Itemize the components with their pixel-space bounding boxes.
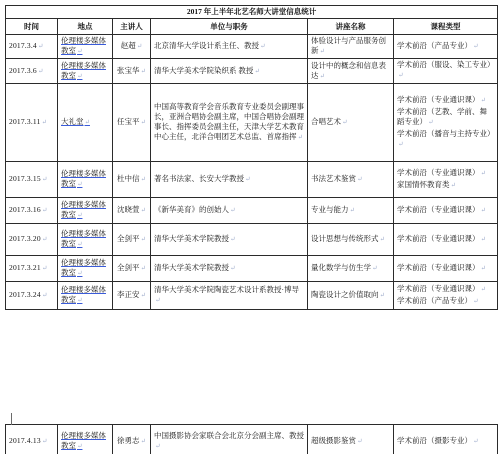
cell-time: 2017.3.21 bbox=[6, 256, 58, 282]
lecture-stats-table: 2017 年上半年北艺名师大讲堂信息统计 时间地点主讲人单位与职务讲座名称课程类… bbox=[5, 5, 498, 310]
cell-lecture: 超级摄影鉴赏 bbox=[308, 425, 394, 454]
cell-time: 2017.3.15 bbox=[6, 162, 58, 198]
table-row: 2017.3.20伦理楼多媒体教室全剑平清华大学美术学院教授设计思想与传统形式学… bbox=[6, 224, 498, 256]
lecture-stats-table-continued: 2017.4.13伦理楼多媒体教室徐勇志中国摄影协会家联合会北京分会副主席、教授… bbox=[5, 424, 498, 454]
document-page: 2017 年上半年北艺名师大讲堂信息统计 时间地点主讲人单位与职务讲座名称课程类… bbox=[0, 0, 500, 454]
cell-place: 伦理楼多媒体教室 bbox=[58, 224, 113, 256]
cell-speaker: 杜中信 bbox=[113, 162, 151, 198]
cell-lecture: 专业与能力 bbox=[308, 198, 394, 224]
cell-place: 伦理楼多媒体教室 bbox=[58, 35, 113, 59]
cell-place: 伦理楼多媒体教室 bbox=[58, 162, 113, 198]
cell-lecture-text: 超级摄影鉴赏 bbox=[311, 436, 390, 447]
cell-place-text: 伦理楼多媒体教室 bbox=[61, 285, 109, 306]
cell-course-type: 学术前沿（服设、染工专业） bbox=[394, 59, 498, 84]
cell-speaker: 任宝平 bbox=[113, 84, 151, 162]
table-row: 2017.3.6伦理楼多媒体教室张宝华清华大学美术学院染织系 教授设计中的概念和… bbox=[6, 59, 498, 84]
cell-lecture-text: 量化数学与仿生学 bbox=[311, 263, 390, 274]
cell-speaker-text: 任宝平 bbox=[116, 117, 147, 128]
table-row: 2017.3.4伦理楼多媒体教室赵超北京清华大学设计系主任、教授体验设计与产品服… bbox=[6, 35, 498, 59]
cell-speaker-text: 杜中信 bbox=[116, 174, 147, 185]
table-row: 2017.3.16伦理楼多媒体教室沈晓萱《新华美育》的创始人专业与能力学术前沿（… bbox=[6, 198, 498, 224]
cell-unit: 清华大学美术学院教授 bbox=[151, 256, 308, 282]
cell-speaker: 全剑平 bbox=[113, 256, 151, 282]
cell-speaker-text: 赵超 bbox=[116, 41, 147, 52]
cell-speaker-text: 沈晓萱 bbox=[116, 205, 147, 216]
cell-time-text: 2017.3.21 bbox=[9, 263, 54, 274]
cell-speaker: 全剑平 bbox=[113, 224, 151, 256]
cell-speaker-text: 张宝华 bbox=[116, 66, 147, 77]
cell-speaker-text: 全剑平 bbox=[116, 263, 147, 274]
cell-place: 伦理楼多媒体教室 bbox=[58, 59, 113, 84]
cell-unit: 中国高等教育学会音乐教育专业委员会副理事长，亚洲合唱协会副主席，中国合唱协会副理… bbox=[151, 84, 308, 162]
cell-time: 2017.3.6 bbox=[6, 59, 58, 84]
course-type-line: 学术前沿（专业通识课） bbox=[397, 234, 494, 245]
cell-place: 伦理楼多媒体教室 bbox=[58, 198, 113, 224]
cell-time-text: 2017.3.11 bbox=[9, 117, 54, 128]
cell-place-text: 伦理楼多媒体教室 bbox=[61, 200, 109, 221]
cell-unit-text: 《新华美育》的创始人 bbox=[154, 205, 304, 216]
header-cell-lecture: 讲座名称 bbox=[308, 19, 394, 35]
cell-course-type: 学术前沿（摄影专业） bbox=[394, 425, 498, 454]
cell-place-text: 大礼堂 bbox=[61, 117, 109, 128]
cell-unit: 《新华美育》的创始人 bbox=[151, 198, 308, 224]
table-row: 2017.3.11大礼堂任宝平中国高等教育学会音乐教育专业委员会副理事长，亚洲合… bbox=[6, 84, 498, 162]
cell-unit-text: 清华大学美术学院陶瓷艺术设计系教授·博导 bbox=[154, 285, 304, 306]
cell-speaker: 张宝华 bbox=[113, 59, 151, 84]
cell-place-text: 伦理楼多媒体教室 bbox=[61, 258, 109, 279]
cell-lecture-text: 体验设计与产品服务创新 bbox=[311, 36, 390, 57]
cell-place: 伦理楼多媒体教室 bbox=[58, 256, 113, 282]
header-cell-type: 课程类型 bbox=[394, 19, 498, 35]
cell-course-type: 学术前沿（专业通识课） bbox=[394, 256, 498, 282]
cell-time: 2017.3.24 bbox=[6, 282, 58, 310]
page-title: 2017 年上半年北艺名师大讲堂信息统计 bbox=[6, 6, 498, 19]
cell-unit-text: 中国高等教育学会音乐教育专业委员会副理事长，亚洲合唱协会副主席，中国合唱协会副理… bbox=[154, 102, 304, 143]
cell-unit: 清华大学美术学院陶瓷艺术设计系教授·博导 bbox=[151, 282, 308, 310]
header-cell-speaker: 主讲人 bbox=[113, 19, 151, 35]
cell-unit-text: 著名书法家、长安大学教授 bbox=[154, 174, 304, 185]
cell-unit: 清华大学美术学院教授 bbox=[151, 224, 308, 256]
cell-place-text: 伦理楼多媒体教室 bbox=[61, 431, 109, 452]
cell-place-text: 伦理楼多媒体教室 bbox=[61, 229, 109, 250]
cell-course-type: 学术前沿（产品专业） bbox=[394, 35, 498, 59]
cell-lecture-text: 书法艺术鉴赏 bbox=[311, 174, 390, 185]
title-row: 2017 年上半年北艺名师大讲堂信息统计 bbox=[6, 6, 498, 19]
cell-time: 2017.3.16 bbox=[6, 198, 58, 224]
cell-course-type: 学术前沿（专业通识课）学术前沿（产品专业） bbox=[394, 282, 498, 310]
cell-speaker-text: 李正安 bbox=[116, 290, 147, 301]
cell-speaker-text: 徐勇志 bbox=[116, 436, 147, 447]
cell-lecture: 体验设计与产品服务创新 bbox=[308, 35, 394, 59]
course-type-line: 学术前沿（专业通识课） bbox=[397, 205, 494, 216]
header-cell-time: 时间 bbox=[6, 19, 58, 35]
cell-place-text: 伦理楼多媒体教室 bbox=[61, 169, 109, 190]
cell-time: 2017.4.13 bbox=[6, 425, 58, 454]
cell-lecture-text: 合唱艺术 bbox=[311, 117, 390, 128]
cell-course-type: 学术前沿（专业通识课）家国情怀教育类 bbox=[394, 162, 498, 198]
cell-unit: 著名书法家、长安大学教授 bbox=[151, 162, 308, 198]
header-cell-unit: 单位与职务 bbox=[151, 19, 308, 35]
cell-time-text: 2017.3.24 bbox=[9, 290, 54, 301]
course-type-line: 学术前沿（专业通识课） bbox=[397, 95, 494, 106]
table-header-row: 时间地点主讲人单位与职务讲座名称课程类型 bbox=[6, 19, 498, 35]
cell-lecture: 量化数学与仿生学 bbox=[308, 256, 394, 282]
cell-place-text: 伦理楼多媒体教室 bbox=[61, 61, 109, 82]
cell-unit: 北京清华大学设计系主任、教授 bbox=[151, 35, 308, 59]
cell-place: 大礼堂 bbox=[58, 84, 113, 162]
cell-speaker: 沈晓萱 bbox=[113, 198, 151, 224]
cell-lecture: 陶瓷设计之价值取向 bbox=[308, 282, 394, 310]
course-type-line: 学术前沿（专业通识课） bbox=[397, 168, 494, 179]
table-row: 2017.4.13伦理楼多媒体教室徐勇志中国摄影协会家联合会北京分会副主席、教授… bbox=[6, 425, 498, 454]
cell-lecture: 设计思想与传统形式 bbox=[308, 224, 394, 256]
cell-place: 伦理楼多媒体教室 bbox=[58, 282, 113, 310]
cell-time-text: 2017.3.15 bbox=[9, 174, 54, 185]
cell-time-text: 2017.3.16 bbox=[9, 205, 54, 216]
cell-speaker: 徐勇志 bbox=[113, 425, 151, 454]
cell-time-text: 2017.3.6 bbox=[9, 66, 54, 77]
course-type-line: 学术前沿（艺教、学前、舞蹈专业） bbox=[397, 107, 494, 128]
table-row: 2017.3.24伦理楼多媒体教室李正安清华大学美术学院陶瓷艺术设计系教授·博导… bbox=[6, 282, 498, 310]
cell-unit-text: 清华大学美术学院染织系 教授 bbox=[154, 66, 304, 77]
cell-course-type: 学术前沿（专业通识课） bbox=[394, 224, 498, 256]
cell-place: 伦理楼多媒体教室 bbox=[58, 425, 113, 454]
cell-time: 2017.3.11 bbox=[6, 84, 58, 162]
course-type-line: 学术前沿（产品专业） bbox=[397, 41, 494, 52]
course-type-line: 学术前沿（产品专业） bbox=[397, 296, 494, 307]
cell-lecture-text: 设计思想与传统形式 bbox=[311, 234, 390, 245]
cell-lecture: 书法艺术鉴赏 bbox=[308, 162, 394, 198]
table-row: 2017.3.15伦理楼多媒体教室杜中信著名书法家、长安大学教授书法艺术鉴赏学术… bbox=[6, 162, 498, 198]
cell-unit-text: 北京清华大学设计系主任、教授 bbox=[154, 41, 304, 52]
cell-time-text: 2017.3.20 bbox=[9, 234, 54, 245]
cell-time-text: 2017.3.4 bbox=[9, 41, 54, 52]
cell-unit-text: 中国摄影协会家联合会北京分会副主席、教授 bbox=[154, 431, 304, 452]
cell-speaker: 赵超 bbox=[113, 35, 151, 59]
course-type-line: 学术前沿（播音与主持专业） bbox=[397, 129, 494, 150]
cell-unit-text: 清华大学美术学院教授 bbox=[154, 263, 304, 274]
cell-unit: 中国摄影协会家联合会北京分会副主席、教授 bbox=[151, 425, 308, 454]
cell-time: 2017.3.4 bbox=[6, 35, 58, 59]
cell-time: 2017.3.20 bbox=[6, 224, 58, 256]
course-type-line: 家国情怀教育类 bbox=[397, 180, 494, 191]
course-type-line: 学术前沿（专业通识课） bbox=[397, 263, 494, 274]
cell-unit: 清华大学美术学院染织系 教授 bbox=[151, 59, 308, 84]
cell-speaker-text: 全剑平 bbox=[116, 234, 147, 245]
cell-lecture: 合唱艺术 bbox=[308, 84, 394, 162]
cell-course-type: 学术前沿（专业通识课）学术前沿（艺教、学前、舞蹈专业）学术前沿（播音与主持专业） bbox=[394, 84, 498, 162]
cell-speaker: 李正安 bbox=[113, 282, 151, 310]
cell-lecture-text: 专业与能力 bbox=[311, 205, 390, 216]
course-type-line: 学术前沿（服设、染工专业） bbox=[397, 60, 494, 81]
cell-lecture: 设计中的概念和信息表达 bbox=[308, 59, 394, 84]
cell-time-text: 2017.4.13 bbox=[9, 436, 54, 447]
text-cursor-mark bbox=[11, 413, 12, 425]
course-type-line: 学术前沿（专业通识课） bbox=[397, 284, 494, 295]
header-cell-place: 地点 bbox=[58, 19, 113, 35]
course-type-line: 学术前沿（摄影专业） bbox=[397, 436, 494, 447]
cell-lecture-text: 陶瓷设计之价值取向 bbox=[311, 290, 390, 301]
cell-place-text: 伦理楼多媒体教室 bbox=[61, 36, 109, 57]
cell-unit-text: 清华大学美术学院教授 bbox=[154, 234, 304, 245]
table-row: 2017.3.21伦理楼多媒体教室全剑平清华大学美术学院教授量化数学与仿生学学术… bbox=[6, 256, 498, 282]
cell-lecture-text: 设计中的概念和信息表达 bbox=[311, 61, 390, 82]
cell-course-type: 学术前沿（专业通识课） bbox=[394, 198, 498, 224]
